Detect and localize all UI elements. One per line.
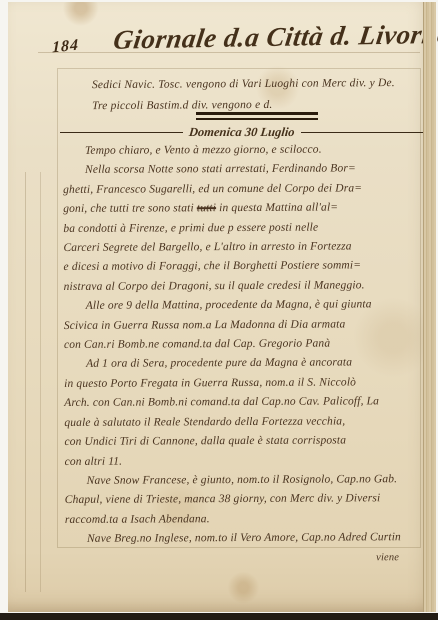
body-line: in questo Porto Fregata in Guerra Russa,… (64, 373, 424, 394)
manuscript-page: 184 Giornale d.a Città d. Livorno Sedici… (8, 2, 436, 612)
manuscript-photo: 184 Giornale d.a Città d. Livorno Sedici… (0, 0, 438, 620)
page-title: Giornale d.a Città d. Livorno (111, 19, 426, 55)
book-page-edges (423, 2, 436, 612)
body-line: Ad 1 ora di Sera, procedente pure da Mag… (64, 354, 424, 375)
date-heading-row: Domenica 30 Luglio (60, 125, 424, 140)
body-line: Chapul, viene di Trieste, manca 38 giorn… (65, 489, 425, 510)
body-line: Carceri Segrete del Bargello, e L'altro … (63, 237, 423, 258)
journal-body: Tempo chiaro, e Vento à mezzo giorno, e … (63, 140, 425, 569)
double-rule-divider (196, 112, 318, 120)
body-line: ghetti, Francesco Sugarelli, ed un comun… (63, 179, 423, 200)
struck-word: tutti (197, 202, 216, 214)
body-line: con Can.ri Bomb.ne comand.ta dal Cap. Gr… (64, 334, 424, 355)
body-line: Alle ore 9 della Mattina, procedente da … (64, 295, 424, 316)
body-line: quale à salutato il Reale Stendardo dell… (64, 412, 424, 433)
left-margin-rules (25, 172, 41, 592)
body-line: Tempo chiaro, e Vento à mezzo giorno, e … (63, 140, 423, 161)
body-line: ba condotti à Firenze, e primi due p ess… (63, 218, 423, 239)
body-line: Scivica in Guerra Russa nom.a La Madonna… (64, 315, 424, 336)
body-line: Nave Breg.no Inglese, nom.to il Vero Amo… (65, 528, 425, 549)
date-rule-left (60, 132, 183, 133)
body-line: goni, che tutti tre sono stati tutti in … (63, 198, 423, 219)
page-number: 184 (52, 37, 79, 58)
body-line: Nave Snow Francese, è giunto, nom.to il … (65, 470, 425, 491)
line-segment: goni, che tutti tre sono stati (63, 202, 197, 215)
body-line: Arch. con Can.ni Bomb.ni comand.ta dal C… (64, 392, 424, 413)
line-segment: in questa Mattina all'al= (216, 202, 338, 215)
body-line: e dicesi a motivo di Foraggi, che il Bor… (63, 256, 423, 277)
body-line: raccomd.ta a Isach Abendana. (65, 509, 425, 530)
catchword: viene (65, 548, 425, 569)
intro-paragraph: Sedici Navic. Tosc. vengono di Vari Luog… (92, 73, 428, 117)
date-rule-right (301, 132, 424, 133)
body-line: con altri 11. (65, 451, 425, 472)
body-line: Nella scorsa Notte sono stati arrestati,… (63, 159, 423, 180)
intro-line: Sedici Navic. Tosc. vengono di Vari Luog… (92, 73, 428, 96)
body-line: con Undici Tiri di Cannone, dalla quale … (64, 431, 424, 452)
body-line: nistrava al Corpo dei Dragoni, su il qua… (64, 276, 424, 297)
photo-bottom-edge (0, 613, 438, 620)
date-heading: Domenica 30 Luglio (188, 125, 295, 140)
